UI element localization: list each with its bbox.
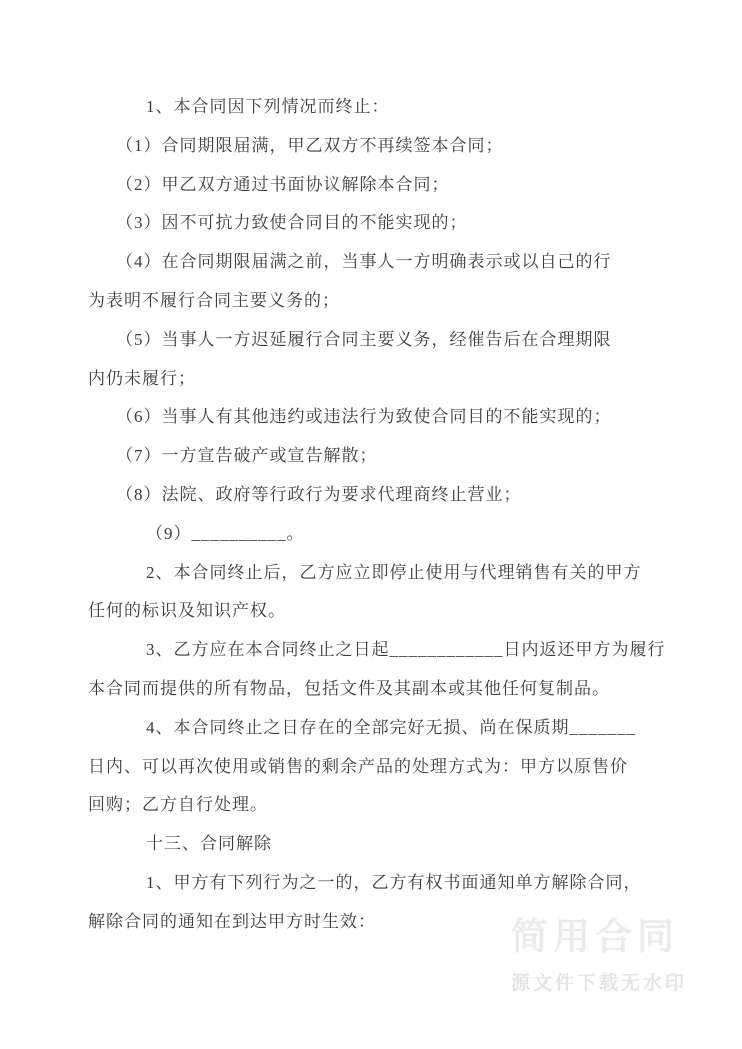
watermark-subtitle: 源文件下载无水印 [511,968,742,995]
section-heading: 十三、合同解除 [146,825,654,864]
contract-line: 日内、可以再次使用或销售的剩余产品的处理方式为：甲方以原售价 [88,748,654,787]
contract-page: 1、本合同因下列情况而终止： （1）合同期限届满，甲乙双方不再续签本合同； （2… [0,0,742,1049]
contract-line: （8）法院、政府等行政行为要求代理商终止营业； [116,476,654,515]
contract-line: （7）一方宣告破产或宣告解散； [116,437,654,476]
contract-text-block: 1、本合同因下列情况而终止： （1）合同期限届满，甲乙双方不再续签本合同； （2… [88,88,654,942]
contract-line: （3）因不可抗力致使合同目的不能实现的； [116,204,654,243]
contract-line: 为表明不履行合同主要义务的； [88,282,654,321]
contract-line: 本合同而提供的所有物品，包括文件及其副本或其他任何复制品。 [88,670,654,709]
contract-line: 1、甲方有下列行为之一的，乙方有权书面通知单方解除合同， [146,864,654,903]
contract-line: 回购；乙方自行处理。 [88,786,654,825]
contract-line-blank-field: 4、本合同终止之日存在的全部完好无损、尚在保质期_______ [146,709,654,748]
contract-line: （2）甲乙双方通过书面协议解除本合同； [116,166,654,205]
contract-line: （5）当事人一方迟延履行合同主要义务，经催告后在合理期限 [116,321,654,360]
contract-line: （1）合同期限届满，甲乙双方不再续签本合同； [116,127,654,166]
contract-line: 解除合同的通知在到达甲方时生效： [88,903,654,942]
contract-line: （4）在合同期限届满之前，当事人一方明确表示或以自己的行 [116,243,654,282]
contract-line-blank-field: 3、乙方应在本合同终止之日起____________日内返还甲方为履行 [146,631,654,670]
contract-line: 任何的标识及知识产权。 [88,592,654,631]
contract-line: 2、本合同终止后，乙方应立即停止使用与代理销售有关的甲方 [146,554,654,593]
contract-line: 内仍未履行； [88,360,654,399]
contract-line: 1、本合同因下列情况而终止： [146,88,654,127]
contract-line-blank-field: （9）__________。 [146,515,654,554]
contract-line: （6）当事人有其他违约或违法行为致使合同目的不能实现的； [116,398,654,437]
